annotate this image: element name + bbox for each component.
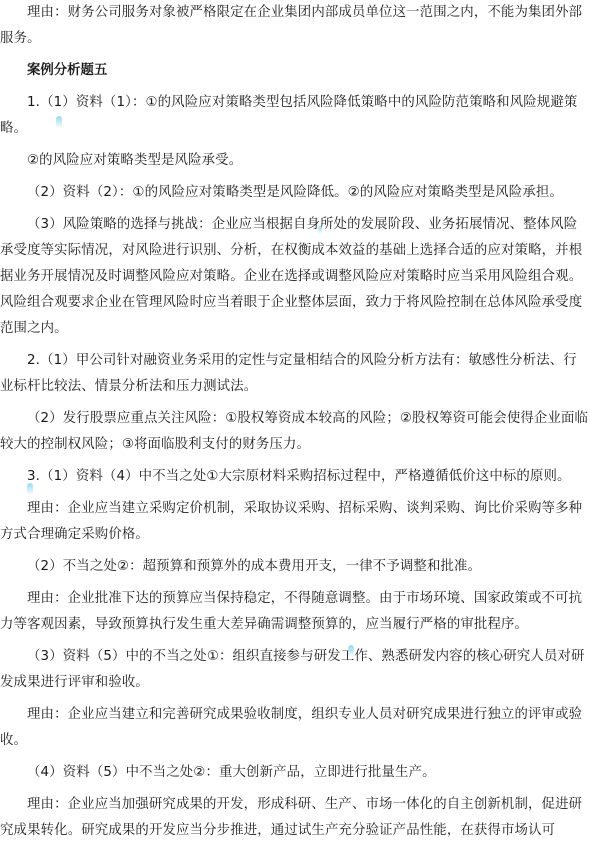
paragraph-q3-3: （3）资料（5）中的不当之处①：组织直接参与研发工作、熟悉研发内容的核心研究人员… [0, 644, 590, 696]
paragraph-q1-1: 1.（1）资料（1）：①的风险应对策略类型包括风险降低策略中的风险防范策略和风险… [0, 90, 590, 142]
paragraph-q3-4: （4）资料（5）中不当之处②：重大创新产品，立即进行批量生产。 [0, 760, 590, 786]
paragraph-q3-2: （2）不当之处②：超预算和预算外的成本费用开支，一律不予调整和批准。 [0, 554, 590, 580]
watermark-artifact [318, 226, 322, 234]
paragraph-q1-3: （3）风险策略的选择与挑战：企业应当根据自身所处的发展阶段、业务拓展情况、整体风… [0, 212, 590, 342]
paragraph-q2-2: （2）发行股票应重点关注风险：①股权筹资成本较高的风险；②股权筹资可能会使得企业… [0, 406, 590, 458]
document-body: 理由：财务公司服务对象被严格限定在企业集团内部成员单位这一范围之内，不能为集团外… [0, 0, 590, 843]
paragraph-q3-1-reason: 理由：企业应当建立采购定价机制，采取协议采购、招标采购、谈判采购、询比价采购等多… [0, 496, 590, 548]
paragraph-q1-1-item2: ②的风险应对策略类型是风险承受。 [0, 148, 590, 174]
watermark-artifact [348, 645, 354, 657]
watermark-artifact [27, 483, 33, 495]
paragraph-q3-4-reason: 理由：企业应当加强研究成果的开发，形成科研、生产、市场一体化的自主创新机制，促进… [0, 792, 590, 843]
paragraph-q2-1: 2.（1）甲公司针对融资业务采用的定性与定量相结合的风险分析方法有：敏感性分析法… [0, 348, 590, 400]
paragraph-q3-2-reason: 理由：企业批准下达的预算应当保持稳定，不得随意调整。由于市场环境、国家政策或不可… [0, 586, 590, 638]
watermark-artifact [56, 116, 62, 128]
paragraph-q3-3-reason: 理由：企业应当建立和完善研究成果验收制度，组织专业人员对研究成果进行独立的评审或… [0, 702, 590, 754]
paragraph-q3-1: 3.（1）资料（4）中不当之处①大宗原材料采购招标过程中，严格遵循低价这中标的原… [0, 464, 590, 490]
section-heading-case-five: 案例分析题五 [0, 58, 590, 84]
paragraph-reason-finance-company: 理由：财务公司服务对象被严格限定在企业集团内部成员单位这一范围之内，不能为集团外… [0, 0, 590, 52]
paragraph-q1-2: （2）资料（2）：①的风险应对策略类型是风险降低。②的风险应对策略类型是风险承担… [0, 180, 590, 206]
